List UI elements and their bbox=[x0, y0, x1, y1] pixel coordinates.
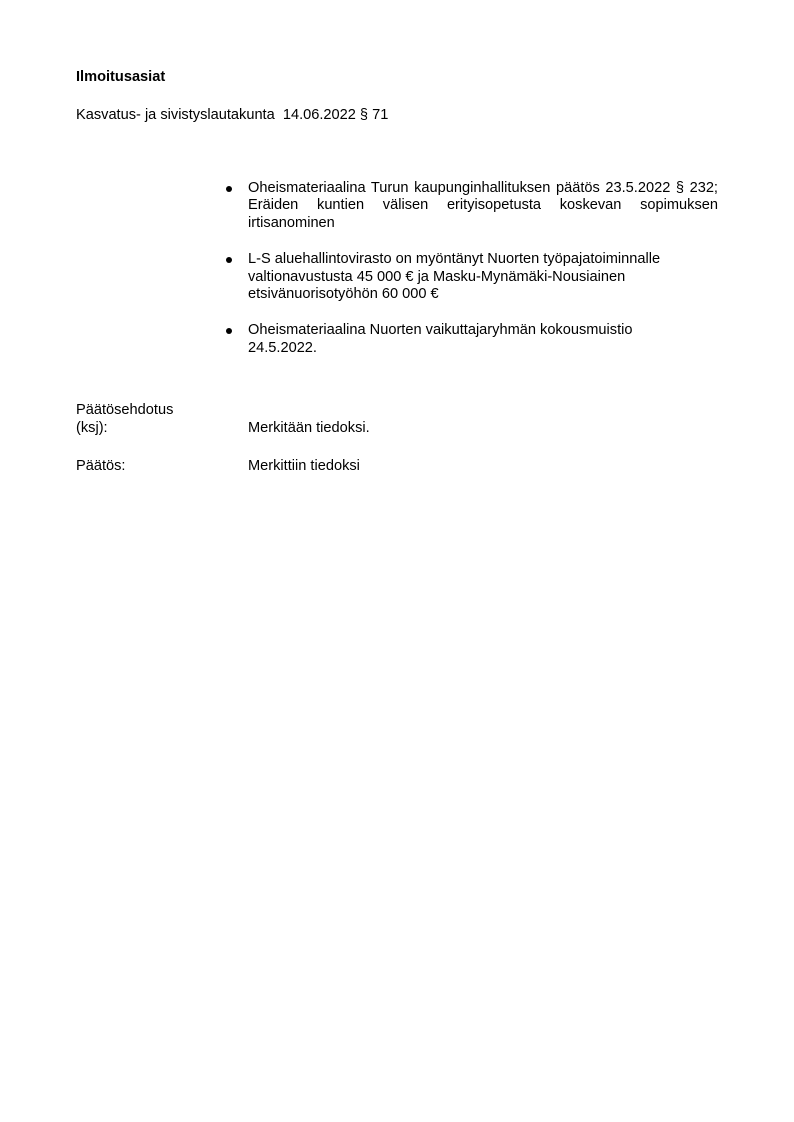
list-item: Oheismateriaalina Nuorten vaikuttajaryhm… bbox=[224, 322, 678, 357]
meeting-reference: Kasvatus- ja sivistyslautakunta 14.06.20… bbox=[76, 106, 388, 124]
decision-label: Päätös: bbox=[76, 458, 126, 475]
list-item-text: Oheismateriaalina Turun kaupunginhallitu… bbox=[248, 180, 718, 231]
list-item: L-S aluehallintovirasto on myöntänyt Nuo… bbox=[224, 251, 698, 303]
notice-items-list: Oheismateriaalina Turun kaupunginhallitu… bbox=[224, 180, 718, 376]
proposal-label-line2: (ksj): bbox=[76, 420, 108, 437]
proposal-label-line1: Päätösehdotus bbox=[76, 402, 173, 419]
proposal-value: Merkitään tiedoksi. bbox=[248, 420, 370, 437]
bullet-icon bbox=[226, 186, 232, 192]
section-heading: Ilmoitusasiat bbox=[76, 68, 165, 86]
bullet-icon bbox=[226, 257, 232, 263]
bullet-icon bbox=[226, 328, 232, 334]
list-item: Oheismateriaalina Turun kaupunginhallitu… bbox=[224, 180, 718, 232]
decision-value: Merkittiin tiedoksi bbox=[248, 458, 360, 475]
list-item-text: Oheismateriaalina Nuorten vaikuttajaryhm… bbox=[248, 322, 632, 355]
list-item-text: L-S aluehallintovirasto on myöntänyt Nuo… bbox=[248, 251, 660, 302]
